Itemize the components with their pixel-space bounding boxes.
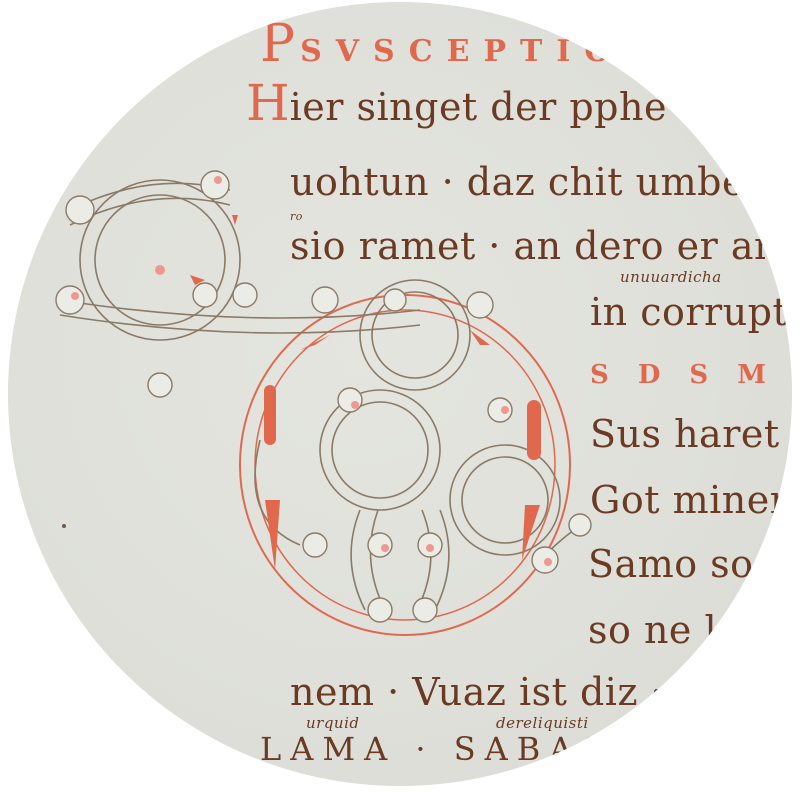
gloss-unuuardicha: unuuardicha	[620, 268, 722, 286]
text-line-content: ier singet der pphe	[290, 85, 667, 129]
rubric-line: S D S M E V	[590, 360, 792, 390]
rubric-heading-text: SVSCEPTIO	[300, 34, 624, 69]
text-line-1: Hier singet der pphe	[246, 74, 667, 132]
rubric-initial: P	[260, 14, 295, 74]
text-line-3: sio ramet · an dero er an	[290, 224, 779, 268]
text-line-6: Got miner	[590, 478, 788, 522]
rubric-heading: P SVSCEPTIO	[260, 14, 625, 74]
red-capital: H	[246, 74, 290, 132]
final-line: LAMA · SABAC	[260, 730, 615, 768]
ink-speck	[62, 524, 66, 528]
gloss-ro: ro	[290, 210, 303, 223]
text-line-9: nem · Vuaz ist diz ·	[290, 670, 663, 714]
manuscript-page: P SVSCEPTIO Hier singet der pphe uohtun …	[8, 2, 792, 786]
text-line-7: Samo so	[588, 542, 754, 586]
text-line-5: Sus haret	[590, 412, 780, 456]
text-line-8: so ne lu	[588, 608, 742, 652]
text-line-4: in corrupt	[590, 290, 788, 334]
text-line-2: uohtun · daz chit umbe	[290, 160, 745, 204]
